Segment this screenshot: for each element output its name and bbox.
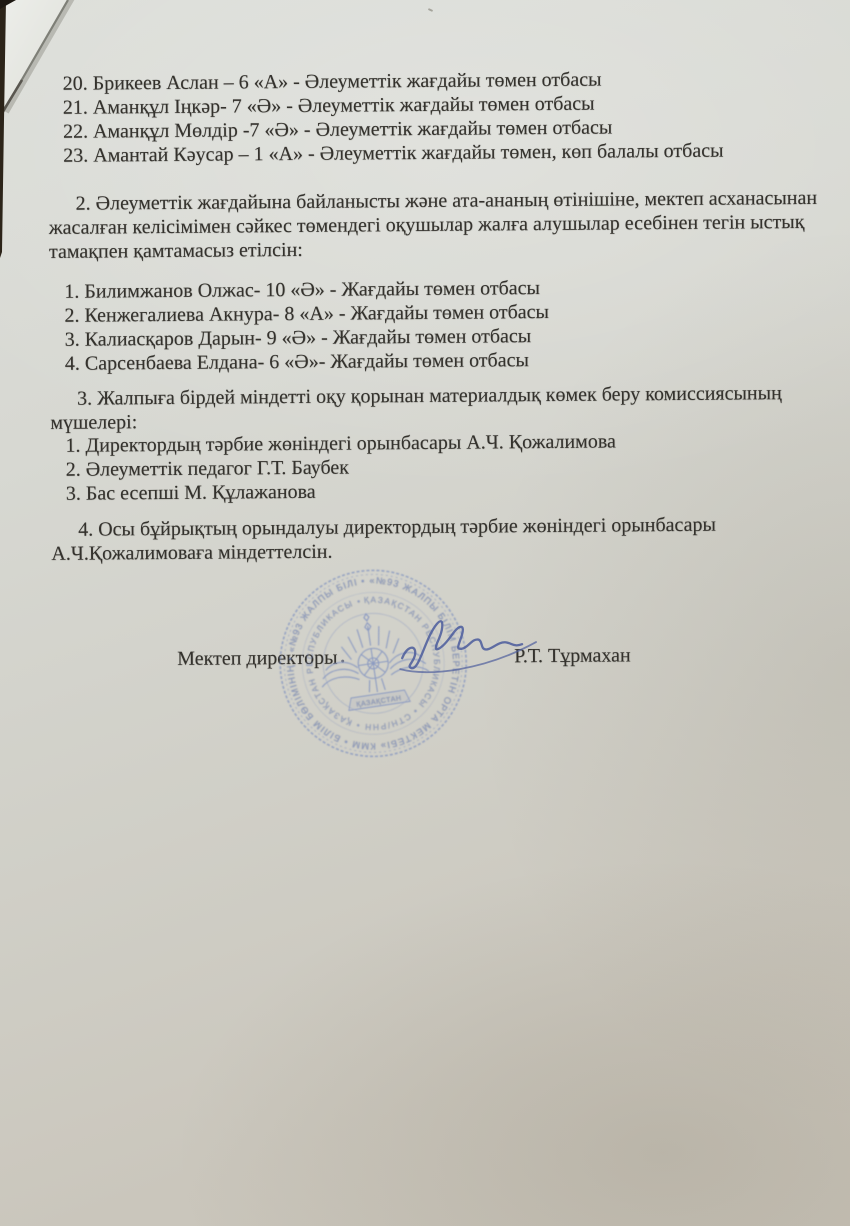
document-body: 20. Брикеев Аслан – 6 «А» - Әлеуметтік ж…: [0, 0, 850, 1226]
social-status-list: 20. Брикеев Аслан – 6 «А» - Әлеуметтік ж…: [48, 66, 819, 168]
list-item: 23. Амантай Кәусар – 1 «А» - Әлеуметтік …: [48, 138, 818, 168]
emblem-top-ornament: [363, 613, 371, 631]
free-meal-list: 1. Билимжанов Олжас- 10 «Ә» - Жағдайы тө…: [49, 274, 820, 376]
list-item: 3. Бас есепші М. Құлажанова: [51, 476, 821, 506]
signature-stroke-main: [402, 621, 522, 669]
commission-list: 1. Директордың тәрбие жөніндегі орынбаса…: [50, 428, 821, 506]
paragraph-2: 2. Әлеуметтік жағдайына байланысты және …: [49, 186, 820, 264]
handwritten-signature: [382, 594, 563, 685]
paragraph-line: тамақпен қамтамасыз етілсін:: [49, 234, 819, 264]
list-item: 4. Сарсенбаева Елдана- 6 «Ә»- Жағдайы тө…: [50, 346, 820, 376]
paragraph-3: 3. Жалпыға бірдей міндетті оқу қорынан м…: [50, 381, 820, 435]
document-photo: 20. Брикеев Аслан – 6 «А» - Әлеуметтік ж…: [0, 0, 850, 1226]
paragraph-4: 4. Осы бұйрықтың орындалуы директордың т…: [51, 512, 821, 566]
